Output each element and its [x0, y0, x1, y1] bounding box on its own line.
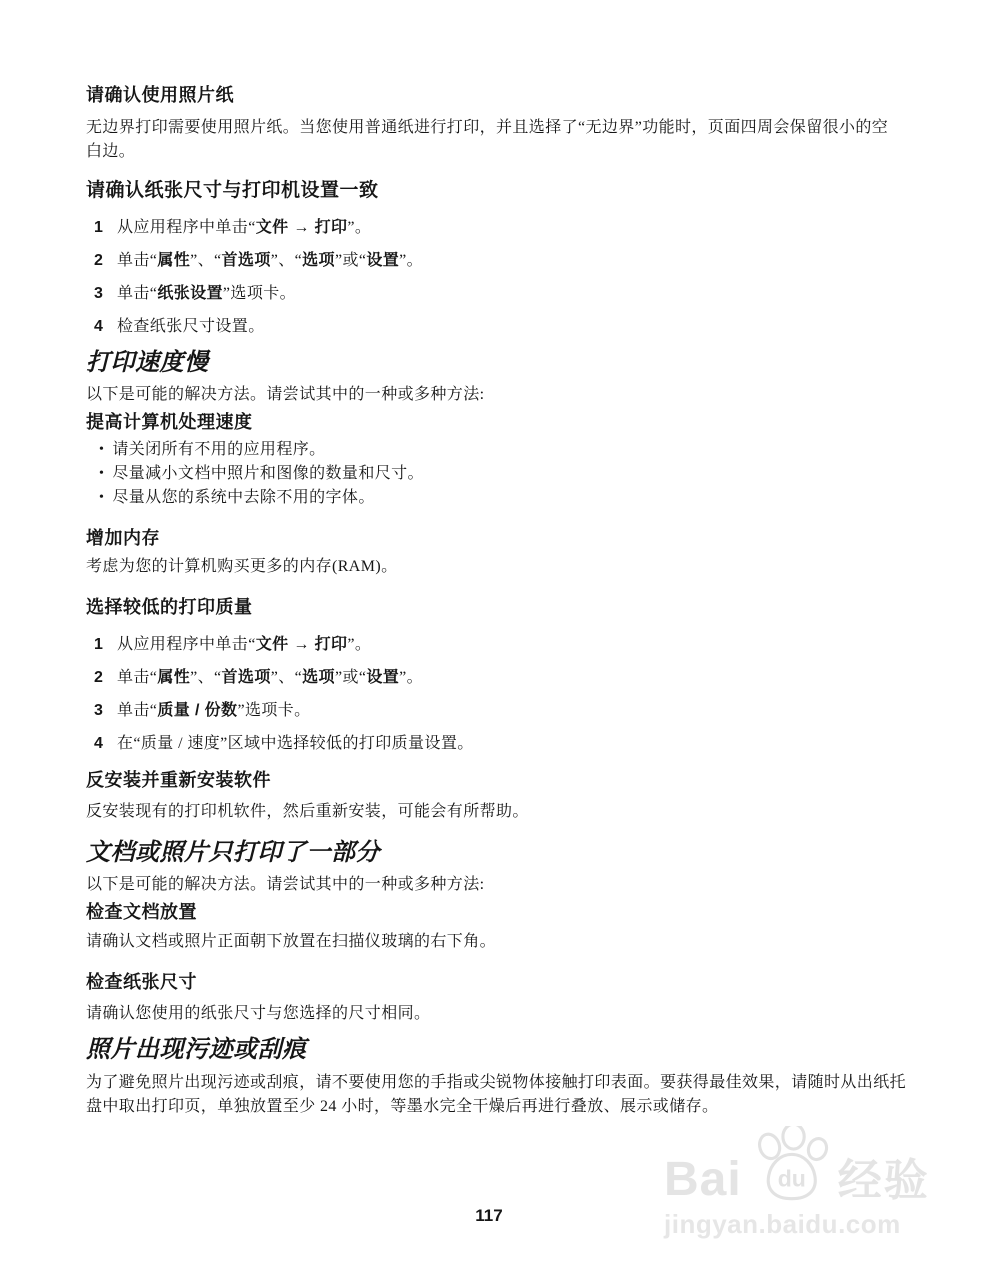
paragraph-check-placement: 请确认文档或照片正面朝下放置在扫描仪玻璃的右下角。	[86, 931, 906, 953]
svg-text:du: du	[777, 1165, 805, 1191]
step-number: 2	[94, 250, 109, 272]
paragraph-smudges: 为了避免照片出现污迹或刮痕，请不要使用您的手指或尖锐物体接触打印表面。要获得最佳…	[86, 1071, 906, 1119]
heading-lower-quality: 选择较低的打印质量	[86, 596, 906, 618]
text-line: 盘中取出打印页，单独放置至少 24 小时，等墨水完全干燥后再进行叠放、展示或储存…	[86, 1098, 718, 1115]
step-text: 从应用程序中单击“文件 → 打印”。	[117, 634, 371, 656]
step-number: 4	[94, 316, 109, 338]
bullet-icon: •	[99, 486, 104, 510]
step-item: 2 单击“属性”、“首选项”、“选项”或“设置”。	[86, 667, 906, 689]
text-line: 白边。	[86, 143, 135, 160]
step-item: 2 单击“属性”、“首选项”、“选项”或“设置”。	[86, 250, 906, 272]
paragraph-borderless: 无边界打印需要使用照片纸。当您使用普通纸进行打印，并且选择了“无边界”功能时，页…	[86, 116, 906, 164]
step-text: 单击“纸张设置”选项卡。	[117, 283, 296, 305]
heading-check-placement: 检查文档放置	[86, 901, 906, 923]
bullet-icon: •	[99, 462, 104, 486]
bullet-text: 请关闭所有不用的应用程序。	[112, 438, 325, 462]
step-item: 4 检查纸张尺寸设置。	[86, 316, 906, 338]
step-number: 3	[94, 283, 109, 305]
step-number: 1	[94, 217, 109, 239]
heading-add-memory: 增加内存	[86, 527, 906, 549]
step-text: 单击“属性”、“首选项”、“选项”或“设置”。	[117, 667, 423, 689]
baidu-paw-icon: du	[744, 1126, 836, 1204]
step-number: 1	[94, 634, 109, 656]
bullet-icon: •	[99, 438, 104, 462]
problem-heading-partial-print: 文档或照片只打印了一部分	[86, 839, 906, 867]
step-text: 在“质量 / 速度”区域中选择较低的打印质量设置。	[117, 733, 474, 755]
step-number: 2	[94, 667, 109, 689]
watermark-url: jingyan.baidu.com	[664, 1210, 944, 1238]
step-item: 1 从应用程序中单击“文件 → 打印”。	[86, 217, 906, 239]
intro-line: 以下是可能的解决方法。请尝试其中的一种或多种方法:	[86, 874, 906, 896]
step-number: 3	[94, 700, 109, 722]
heading-check-paper-size: 检查纸张尺寸	[86, 971, 906, 993]
paragraph-check-paper-size: 请确认您使用的纸张尺寸与您选择的尺寸相同。	[86, 1003, 906, 1025]
text-line: 为了避免照片出现污迹或刮痕，请不要使用您的手指或尖锐物体接触打印表面。要获得最佳…	[86, 1074, 906, 1091]
bullet-list: • 请关闭所有不用的应用程序。 • 尽量减小文档中照片和图像的数量和尺寸。 • …	[86, 438, 906, 510]
heading-reinstall-software: 反安装并重新安装软件	[86, 769, 906, 791]
watermark-bai-text: Bai	[664, 1156, 742, 1204]
text-line: 无边界打印需要使用照片纸。当您使用普通纸进行打印，并且选择了“无边界”功能时，页…	[86, 119, 888, 136]
paragraph-add-memory: 考虑为您的计算机购买更多的内存(RAM)。	[86, 556, 906, 578]
intro-line: 以下是可能的解决方法。请尝试其中的一种或多种方法:	[86, 384, 906, 406]
bullet-text: 尽量从您的系统中去除不用的字体。	[112, 486, 374, 510]
step-item: 3 单击“质量 / 份数”选项卡。	[86, 700, 906, 722]
paragraph-reinstall: 反安装现有的打印机软件，然后重新安装，可能会有所帮助。	[86, 801, 906, 823]
list-item: • 尽量减小文档中照片和图像的数量和尺寸。	[86, 462, 906, 486]
watermark-jingyan-text: 经验	[838, 1158, 930, 1204]
bullet-text: 尽量减小文档中照片和图像的数量和尺寸。	[112, 462, 424, 486]
step-text: 从应用程序中单击“文件 → 打印”。	[117, 217, 371, 239]
list-item: • 尽量从您的系统中去除不用的字体。	[86, 486, 906, 510]
steps-lower-quality: 1 从应用程序中单击“文件 → 打印”。 2 单击“属性”、“首选项”、“选项”…	[86, 634, 906, 755]
list-item: • 请关闭所有不用的应用程序。	[86, 438, 906, 462]
problem-heading-slow-print: 打印速度慢	[86, 349, 906, 377]
baidu-jingyan-watermark: Bai du 经验 jingyan.baidu.com	[664, 1126, 944, 1238]
step-text: 单击“质量 / 份数”选项卡。	[117, 700, 311, 722]
heading-speed-up-computer: 提高计算机处理速度	[86, 411, 906, 433]
step-text: 检查纸张尺寸设置。	[117, 316, 265, 338]
steps-paper-size: 1 从应用程序中单击“文件 → 打印”。 2 单击“属性”、“首选项”、“选项”…	[86, 217, 906, 338]
step-item: 4 在“质量 / 速度”区域中选择较低的打印质量设置。	[86, 733, 906, 755]
problem-heading-smudges: 照片出现污迹或刮痕	[86, 1036, 906, 1064]
step-text: 单击“属性”、“首选项”、“选项”或“设置”。	[117, 250, 423, 272]
manual-page: 请确认使用照片纸 无边界打印需要使用照片纸。当您使用普通纸进行打印，并且选择了“…	[0, 0, 989, 1119]
step-item: 1 从应用程序中单击“文件 → 打印”。	[86, 634, 906, 656]
heading-confirm-photo-paper: 请确认使用照片纸	[86, 84, 906, 106]
step-number: 4	[94, 733, 109, 755]
heading-confirm-paper-size: 请确认纸张尺寸与打印机设置一致	[86, 180, 906, 202]
step-item: 3 单击“纸张设置”选项卡。	[86, 283, 906, 305]
watermark-brand-row: Bai du 经验	[664, 1126, 944, 1204]
